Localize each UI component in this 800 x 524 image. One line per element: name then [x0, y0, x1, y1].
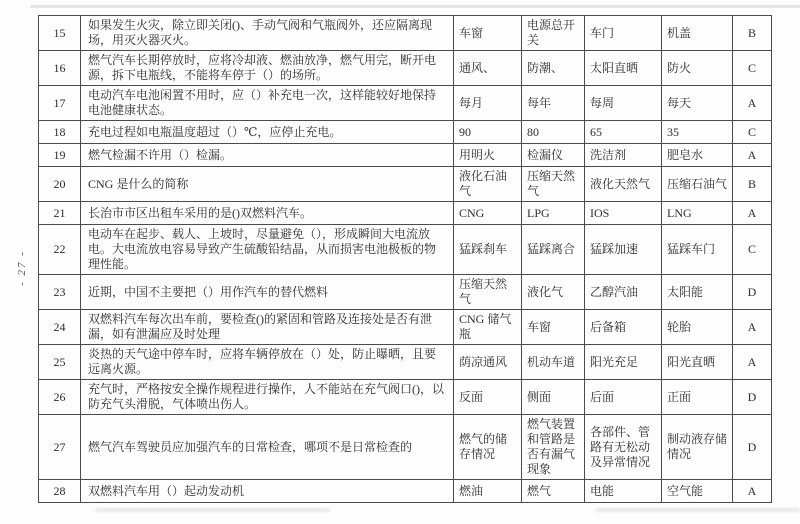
option-c-cell: 各部件、管路有无松动及异常情况 — [585, 415, 662, 480]
option-b-cell: 燃气装置和管路是否有漏气现象 — [522, 415, 585, 480]
option-c-cell: 液化天然气 — [585, 167, 662, 202]
scan-artifact-top-band — [30, 5, 800, 8]
table-row: 17 电动汽车电池闲置不用时，应（）补充电一次，这样能较好地保持电池健康状态。 … — [39, 86, 772, 121]
question-number-cell: 27 — [39, 415, 81, 480]
option-b-cell: 防潮、 — [522, 51, 585, 86]
option-d-cell: 机盖 — [662, 16, 733, 51]
answer-cell: C — [733, 51, 772, 86]
option-b-cell: 猛踩离合 — [522, 225, 585, 275]
option-a-cell: 液化石油气 — [454, 167, 522, 202]
question-cell: 如果发生火灾，除立即关闭()、手动气阀和气瓶阀外，还应隔离现场，用灭火器灭火。 — [81, 16, 454, 51]
option-a-cell: 压缩天然气 — [454, 275, 522, 310]
question-table: 15 如果发生火灾，除立即关闭()、手动气阀和气瓶阀外，还应隔离现场，用灭火器灭… — [38, 15, 772, 503]
option-a-cell: 猛踩刹车 — [454, 225, 522, 275]
answer-cell: A — [733, 144, 772, 167]
option-a-cell: 每月 — [454, 86, 522, 121]
option-d-cell: 35 — [662, 121, 733, 144]
option-c-cell: 电能 — [585, 480, 662, 503]
question-number-cell: 16 — [39, 51, 81, 86]
option-b-cell: 检漏仪 — [522, 144, 585, 167]
answer-cell: A — [733, 310, 772, 345]
question-number-cell: 18 — [39, 121, 81, 144]
question-number-cell: 22 — [39, 225, 81, 275]
table-row: 19 燃气检漏不许用（）检漏。 用明火 检漏仪 洗洁剂 肥皂水 A — [39, 144, 772, 167]
table-row: 25 炎热的天气途中停车时，应将车辆停放在（）处，防止曝晒，且要远离火源。 荫凉… — [39, 345, 772, 380]
scanned-document-page: { "page": { "number_label": "- 27 -" }, … — [0, 0, 800, 524]
option-c-cell: 乙醇汽油 — [585, 275, 662, 310]
option-d-cell: 每天 — [662, 86, 733, 121]
answer-cell: D — [733, 415, 772, 480]
option-c-cell: 阳光充足 — [585, 345, 662, 380]
option-a-cell: 通风、 — [454, 51, 522, 86]
table-row: 24 双燃料汽车每次出车前，要检查()的紧固和管路及连接处是否有泄漏，如有泄漏应… — [39, 310, 772, 345]
option-d-cell: 太阳能 — [662, 275, 733, 310]
answer-cell: A — [733, 480, 772, 503]
option-a-cell: 荫凉通风 — [454, 345, 522, 380]
option-b-cell: 电源总开关 — [522, 16, 585, 51]
question-cell: CNG 是什么的简称 — [81, 167, 454, 202]
option-a-cell: 燃气的储存情况 — [454, 415, 522, 480]
scan-artifact-smudge — [95, 508, 330, 512]
option-d-cell: 空气能 — [662, 480, 733, 503]
option-d-cell: 阳光直晒 — [662, 345, 733, 380]
answer-cell: A — [733, 202, 772, 225]
question-cell: 燃气汽车长期停放时，应将冷却液、燃油放净，燃气用完，断开电源，拆下电瓶线，不能将… — [81, 51, 454, 86]
option-d-cell: 压缩石油气 — [662, 167, 733, 202]
answer-cell: D — [733, 275, 772, 310]
option-d-cell: 肥皂水 — [662, 144, 733, 167]
page-number: - 27 - — [16, 238, 28, 298]
question-cell: 长治市市区出租车采用的是()双燃料汽车。 — [81, 202, 454, 225]
question-number-cell: 26 — [39, 380, 81, 415]
table-row: 22 电动车在起步、载人、上坡时，尽量避免（），形成瞬间大电流放电。大电流放电容… — [39, 225, 772, 275]
question-cell: 双燃料汽车每次出车前，要检查()的紧固和管路及连接处是否有泄漏，如有泄漏应及时处… — [81, 310, 454, 345]
option-c-cell: 每周 — [585, 86, 662, 121]
option-a-cell: CNG 储气瓶 — [454, 310, 522, 345]
option-a-cell: CNG — [454, 202, 522, 225]
option-b-cell: 侧面 — [522, 380, 585, 415]
option-c-cell: IOS — [585, 202, 662, 225]
answer-cell: B — [733, 167, 772, 202]
option-c-cell: 65 — [585, 121, 662, 144]
option-a-cell: 车窗 — [454, 16, 522, 51]
option-b-cell: 80 — [522, 121, 585, 144]
option-c-cell: 车门 — [585, 16, 662, 51]
option-d-cell: 猛踩车门 — [662, 225, 733, 275]
option-c-cell: 洗洁剂 — [585, 144, 662, 167]
answer-cell: C — [733, 225, 772, 275]
option-b-cell: 液化气 — [522, 275, 585, 310]
answer-cell: A — [733, 86, 772, 121]
question-cell: 近期，中国不主要把（）用作汽车的替代燃料 — [81, 275, 454, 310]
option-a-cell: 90 — [454, 121, 522, 144]
table-row: 21 长治市市区出租车采用的是()双燃料汽车。 CNG LPG IOS LNG … — [39, 202, 772, 225]
option-a-cell: 燃油 — [454, 480, 522, 503]
question-cell: 炎热的天气途中停车时，应将车辆停放在（）处，防止曝晒，且要远离火源。 — [81, 345, 454, 380]
question-cell: 电动汽车电池闲置不用时，应（）补充电一次，这样能较好地保持电池健康状态。 — [81, 86, 454, 121]
scan-artifact-smudge — [595, 508, 800, 512]
question-cell: 双燃料汽车用（）起动发动机 — [81, 480, 454, 503]
option-a-cell: 反面 — [454, 380, 522, 415]
table-row: 18 充电过程如电瓶温度超过（）℃，应停止充电。 90 80 65 35 C — [39, 121, 772, 144]
question-cell: 电动车在起步、载人、上坡时，尽量避免（），形成瞬间大电流放电。大电流放电容易导致… — [81, 225, 454, 275]
table-row: 28 双燃料汽车用（）起动发动机 燃油 燃气 电能 空气能 A — [39, 480, 772, 503]
question-number-cell: 17 — [39, 86, 81, 121]
option-b-cell: 机动车道 — [522, 345, 585, 380]
option-d-cell: LNG — [662, 202, 733, 225]
question-number-cell: 19 — [39, 144, 81, 167]
question-number-cell: 20 — [39, 167, 81, 202]
option-d-cell: 防火 — [662, 51, 733, 86]
table-row: 16 燃气汽车长期停放时，应将冷却液、燃油放净，燃气用完，断开电源，拆下电瓶线，… — [39, 51, 772, 86]
option-b-cell: 车窗 — [522, 310, 585, 345]
question-number-cell: 21 — [39, 202, 81, 225]
option-c-cell: 猛踩加速 — [585, 225, 662, 275]
option-b-cell: 每年 — [522, 86, 585, 121]
question-number-cell: 15 — [39, 16, 81, 51]
option-c-cell: 后面 — [585, 380, 662, 415]
table-row: 20 CNG 是什么的简称 液化石油气 压缩天然气 液化天然气 压缩石油气 B — [39, 167, 772, 202]
table-row: 27 燃气汽车驾驶员应加强汽车的日常检查，哪项不是日常检查的 燃气的储存情况 燃… — [39, 415, 772, 480]
question-number-cell: 24 — [39, 310, 81, 345]
question-cell: 充气时，严格按安全操作规程进行操作，人不能站在充气阀口()，以防充气头滑脱，气体… — [81, 380, 454, 415]
table-row: 26 充气时，严格按安全操作规程进行操作，人不能站在充气阀口()，以防充气头滑脱… — [39, 380, 772, 415]
question-cell: 充电过程如电瓶温度超过（）℃，应停止充电。 — [81, 121, 454, 144]
question-number-cell: 25 — [39, 345, 81, 380]
question-cell: 燃气汽车驾驶员应加强汽车的日常检查，哪项不是日常检查的 — [81, 415, 454, 480]
answer-cell: B — [733, 16, 772, 51]
option-d-cell: 制动液存储情况 — [662, 415, 733, 480]
option-c-cell: 后备箱 — [585, 310, 662, 345]
option-c-cell: 太阳直晒 — [585, 51, 662, 86]
option-b-cell: 燃气 — [522, 480, 585, 503]
option-d-cell: 正面 — [662, 380, 733, 415]
question-cell: 燃气检漏不许用（）检漏。 — [81, 144, 454, 167]
answer-cell: A — [733, 345, 772, 380]
option-a-cell: 用明火 — [454, 144, 522, 167]
question-number-cell: 23 — [39, 275, 81, 310]
answer-cell: D — [733, 380, 772, 415]
option-d-cell: 轮胎 — [662, 310, 733, 345]
option-b-cell: 压缩天然气 — [522, 167, 585, 202]
table-row: 15 如果发生火灾，除立即关闭()、手动气阀和气瓶阀外，还应隔离现场，用灭火器灭… — [39, 16, 772, 51]
option-b-cell: LPG — [522, 202, 585, 225]
table-row: 23 近期，中国不主要把（）用作汽车的替代燃料 压缩天然气 液化气 乙醇汽油 太… — [39, 275, 772, 310]
question-number-cell: 28 — [39, 480, 81, 503]
answer-cell: C — [733, 121, 772, 144]
